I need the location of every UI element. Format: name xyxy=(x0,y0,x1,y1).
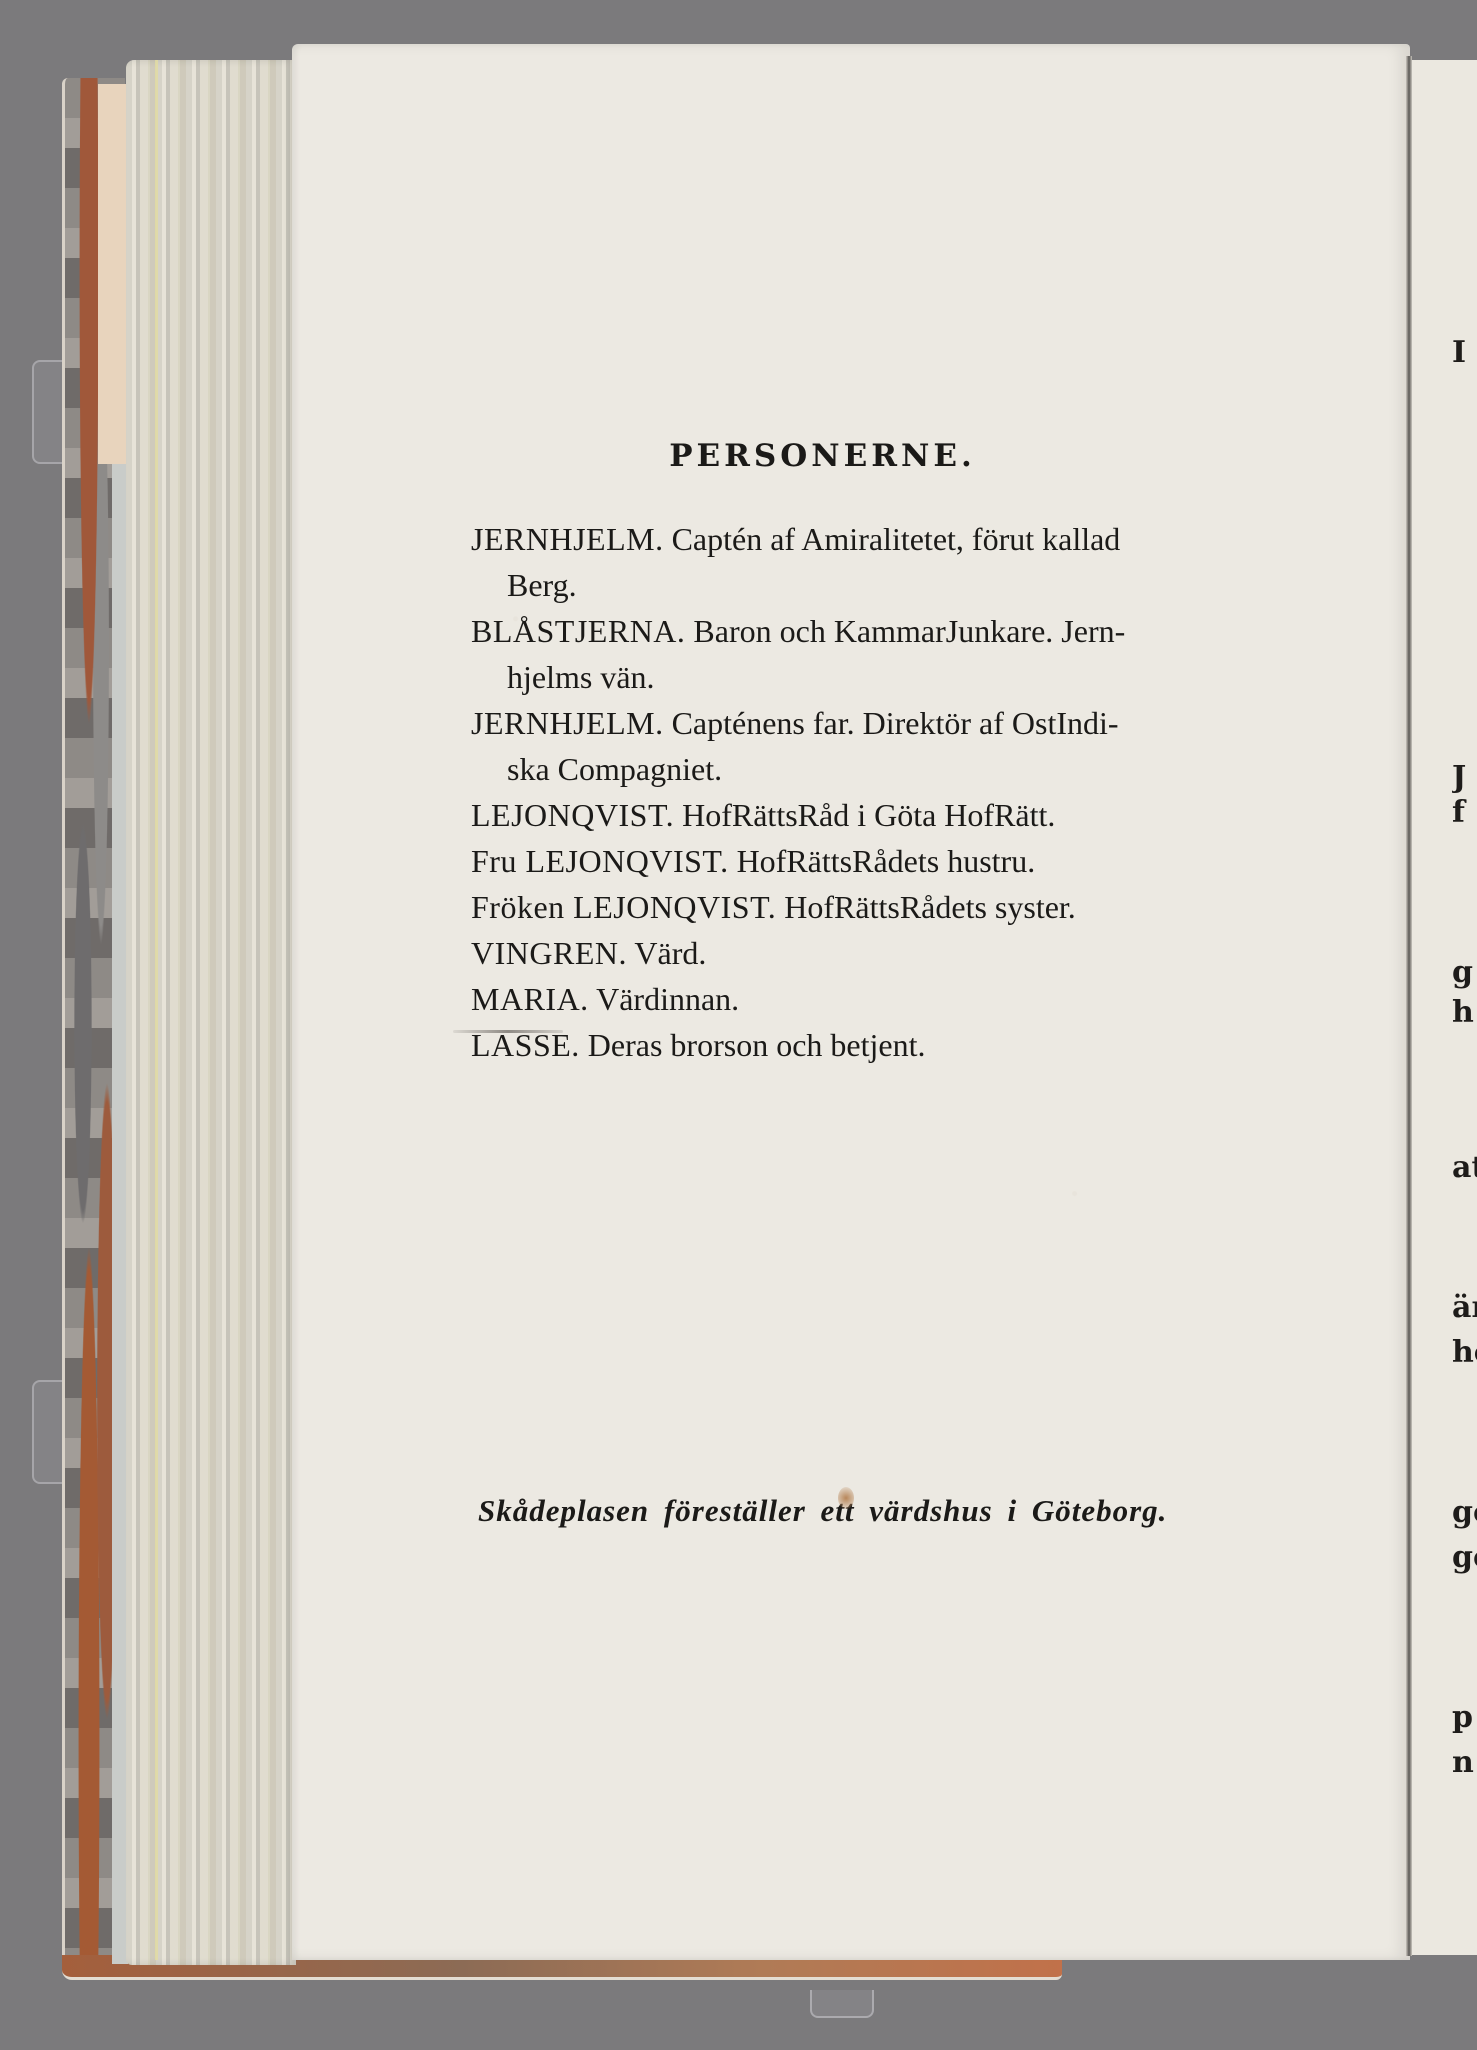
page-stack-highlight xyxy=(155,60,158,1960)
character-entry: MARIA. Värdinnan. xyxy=(471,976,1331,1022)
endpaper-strip xyxy=(98,84,126,464)
adjacent-page-glyph: J xyxy=(1452,760,1477,795)
adjacent-page-glyph: at xyxy=(1452,1150,1477,1185)
character-description: Värdinnan. xyxy=(596,981,739,1017)
character-name: Fröken LEJONQVIST. xyxy=(471,889,776,925)
character-entry: JERNHJELM. Captén af Amiralitetet, förut… xyxy=(471,516,1331,608)
character-description: Baron och KammarJunkare. Jern- xyxy=(693,613,1125,649)
character-name: Fru LEJONQVIST. xyxy=(471,843,729,879)
character-description: Capténens far. Direktör af OstIndi- xyxy=(672,705,1119,741)
adjacent-page-glyph: f xyxy=(1452,795,1477,830)
character-description: Värd. xyxy=(634,935,706,971)
character-list: JERNHJELM. Captén af Amiralitetet, förut… xyxy=(471,516,1331,1068)
character-name: LEJONQVIST. xyxy=(471,797,674,833)
acrylic-clip-bottom xyxy=(810,1990,874,2018)
character-description: Captén af Amiralitetet, förut kallad xyxy=(672,521,1121,557)
character-description: Deras brorson och betjent. xyxy=(588,1027,926,1063)
page-stack-fore-edge xyxy=(126,60,296,1965)
character-entry: LASSE. Deras brorson och betjent. xyxy=(471,1022,1331,1068)
adjacent-page-glyph: h xyxy=(1452,995,1477,1030)
character-description: HofRättsRådets syster. xyxy=(784,889,1076,925)
character-entry: BLÅSTJERNA. Baron och KammarJunkare. Jer… xyxy=(471,608,1331,700)
adjacent-page-glyph: n xyxy=(1452,1745,1477,1780)
character-description: HofRättsRådets hustru. xyxy=(737,843,1036,879)
character-name: JERNHJELM. xyxy=(471,521,664,557)
adjacent-page-glyph: g xyxy=(1452,955,1477,990)
character-description-continued: Berg. xyxy=(471,562,1331,608)
character-entry: VINGREN. Värd. xyxy=(471,930,1331,976)
character-description: HofRättsRåd i Göta HofRätt. xyxy=(682,797,1055,833)
character-name: MARIA. xyxy=(471,981,589,1017)
adjacent-page-glyph: p xyxy=(1452,1700,1477,1735)
adjacent-page-glyph: ho xyxy=(1452,1335,1477,1370)
adjacent-page-glyph: gö xyxy=(1452,1540,1477,1575)
adjacent-page-glyph: I xyxy=(1452,335,1477,370)
character-name: JERNHJELM. xyxy=(471,705,664,741)
pencil-underline-mark xyxy=(453,1030,563,1033)
character-description-continued: hjelms vän. xyxy=(471,654,1331,700)
character-entry: JERNHJELM. Capténens far. Direktör af Os… xyxy=(471,700,1331,792)
scene-note: Skådeplasen föreställer ett värdshus i G… xyxy=(478,1493,1318,1529)
acrylic-clip-left-bottom xyxy=(32,1380,64,1484)
page-title: PERSONERNE. xyxy=(0,438,1477,474)
character-entry: LEJONQVIST. HofRättsRåd i Göta HofRätt. xyxy=(471,792,1331,838)
character-entry: Fru LEJONQVIST. HofRättsRådets hustru. xyxy=(471,838,1331,884)
character-name: VINGREN. xyxy=(471,935,627,971)
character-entry: Fröken LEJONQVIST. HofRättsRådets syster… xyxy=(471,884,1331,930)
character-description-continued: ska Compagniet. xyxy=(471,746,1331,792)
character-name: BLÅSTJERNA. xyxy=(471,613,685,649)
ink-stain xyxy=(838,1487,854,1509)
adjacent-page-glyph: än xyxy=(1452,1290,1477,1325)
adjacent-page-glyph: go xyxy=(1452,1495,1477,1530)
